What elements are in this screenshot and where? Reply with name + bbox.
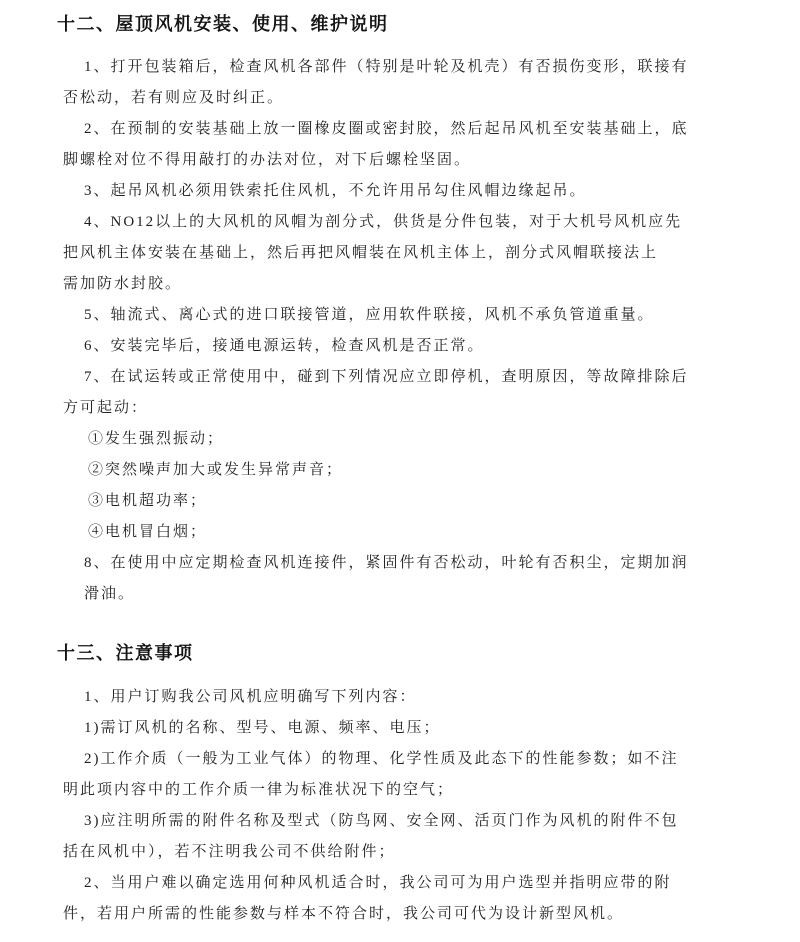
text-line: 1)需订风机的名称、型号、电源、频率、电压； (0, 713, 800, 744)
text-line: 2、在预制的安装基础上放一圈橡皮圈或密封胶，然后起吊风机至安装基础上，底 (0, 114, 800, 145)
document-body: 十二、屋顶风机安装、使用、维护说明1、打开包装箱后，检查风机各部件（特别是叶轮及… (0, 12, 800, 930)
text-line: 7、在试运转或正常使用中，碰到下列情况应立即停机，查明原因，等故障排除后 (0, 362, 800, 393)
text-line: 2)工作介质（一般为工业气体）的物理、化学性质及此态下的性能参数；如不注 (0, 744, 800, 775)
text-line: 6、安装完毕后，接通电源运转，检查风机是否正常。 (0, 331, 800, 362)
text-line: 1、打开包装箱后，检查风机各部件（特别是叶轮及机壳）有否损伤变形，联接有 (0, 52, 800, 83)
text-line: 1、用户订购我公司风机应明确写下列内容： (0, 682, 800, 713)
text-line: ④电机冒白烟； (0, 517, 800, 548)
text-line: 方可起动： (0, 393, 800, 424)
text-line: 5、轴流式、离心式的进口联接管道，应用软件联接，风机不承负管道重量。 (0, 300, 800, 331)
text-line: 滑油。 (0, 579, 800, 610)
text-line: 8、在使用中应定期检查风机连接件，紧固件有否松动，叶轮有否积尘，定期加润 (0, 548, 800, 579)
text-line: 括在风机中），若不注明我公司不供给附件； (0, 837, 800, 868)
text-line: 件，若用户所需的性能参数与样本不符合时，我公司可代为设计新型风机。 (0, 899, 800, 930)
text-line: ③电机超功率； (0, 486, 800, 517)
document-section: 十三、注意事项1、用户订购我公司风机应明确写下列内容：1)需订风机的名称、型号、… (0, 641, 800, 930)
document-section: 十二、屋顶风机安装、使用、维护说明1、打开包装箱后，检查风机各部件（特别是叶轮及… (0, 12, 800, 610)
text-line: 脚螺栓对位不得用敲打的办法对位，对下后螺栓坚固。 (0, 145, 800, 176)
text-line: 把风机主体安装在基础上，然后再把风帽装在风机主体上，剖分式风帽联接法上 (0, 238, 800, 269)
text-line: 4、NO12以上的大风机的风帽为剖分式，供货是分件包装，对于大机号风机应先 (0, 207, 800, 238)
section-heading: 十三、注意事项 (0, 641, 800, 665)
text-line: 明此项内容中的工作介质一律为标准状况下的空气； (0, 775, 800, 806)
text-line: ②突然噪声加大或发生异常声音； (0, 455, 800, 486)
document-page: 十二、屋顶风机安装、使用、维护说明1、打开包装箱后，检查风机各部件（特别是叶轮及… (0, 0, 800, 942)
text-line: 3)应注明所需的附件名称及型式（防鸟网、安全网、活页门作为风机的附件不包 (0, 806, 800, 837)
text-line: 2、当用户难以确定选用何种风机适合时，我公司可为用户选型并指明应带的附 (0, 868, 800, 899)
text-line: 3、起吊风机必须用铁索托住风机，不允许用吊勾住风帽边缘起吊。 (0, 176, 800, 207)
section-heading: 十二、屋顶风机安装、使用、维护说明 (0, 12, 800, 36)
text-line: ①发生强烈振动； (0, 424, 800, 455)
text-line: 需加防水封胶。 (0, 269, 800, 300)
text-line: 否松动，若有则应及时纠正。 (0, 83, 800, 114)
